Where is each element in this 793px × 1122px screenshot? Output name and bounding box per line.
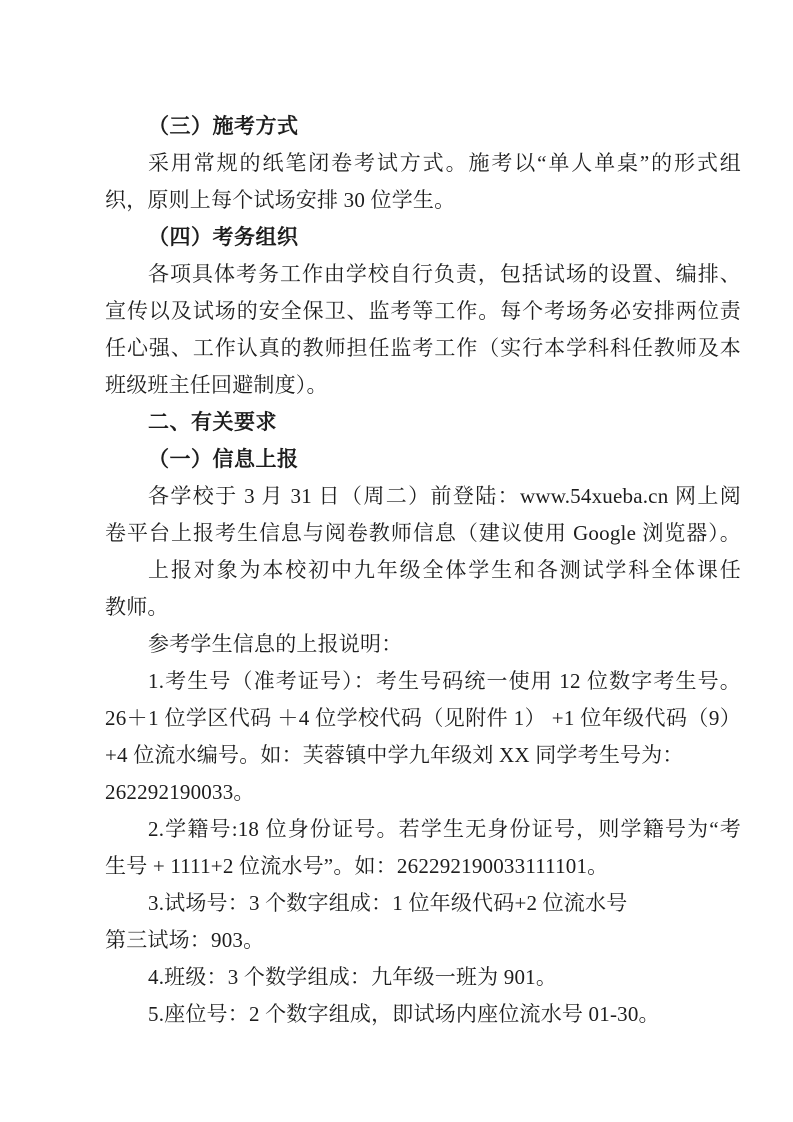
doc-line: 参考学生信息的上报说明：: [105, 626, 741, 663]
doc-line-item-2: 2.学籍号:18 位身份证号。若学生无身份证号，则学籍号为“考: [105, 811, 741, 848]
doc-line-item-4: 4.班级：3 个数学组成：九年级一班为 901。: [105, 959, 741, 996]
document-body: （三）施考方式 采用常规的纸笔闭卷考试方式。施考以“单人单桌”的形式组 织，原则…: [105, 108, 741, 1033]
doc-line-item-1: 1.考生号（准考证号）：考生号码统一使用 12 位数字考生号。: [105, 663, 741, 700]
heading-exam-organization: （四）考务组织: [105, 219, 741, 256]
doc-line: 卷平台上报考生信息与阅卷教师信息（建议使用 Google 浏览器）。: [105, 515, 741, 552]
doc-line: 第三试场：903。: [105, 922, 741, 959]
doc-line: 生号 + 1111+2 位流水号”。如：262292190033111101。: [105, 848, 741, 885]
doc-line-item-3: 3.试场号：3 个数字组成：1 位年级代码+2 位流水号: [105, 885, 741, 922]
doc-line: 各学校于 3 月 31 日（周二）前登陆：www.54xueba.cn 网上阅: [105, 478, 741, 515]
doc-line: 任心强、工作认真的教师担任监考工作（实行本学科科任教师及本: [105, 330, 741, 367]
doc-line: 教师。: [105, 589, 741, 626]
doc-line: 262292190033。: [105, 774, 741, 811]
heading-requirements: 二、有关要求: [105, 404, 741, 441]
doc-line-item-5: 5.座位号：2 个数字组成，即试场内座位流水号 01-30。: [105, 996, 741, 1033]
doc-line: 上报对象为本校初中九年级全体学生和各测试学科全体课任: [105, 552, 741, 589]
doc-line: 采用常规的纸笔闭卷考试方式。施考以“单人单桌”的形式组: [105, 145, 741, 182]
doc-line: 班级班主任回避制度）。: [105, 367, 741, 404]
doc-line: 26＋1 位学区代码 ＋4 位学校代码（见附件 1） +1 位年级代码（9）: [105, 700, 741, 737]
doc-line: 各项具体考务工作由学校自行负责，包括试场的设置、编排、: [105, 256, 741, 293]
doc-line: 织，原则上每个试场安排 30 位学生。: [105, 182, 741, 219]
heading-exam-method: （三）施考方式: [105, 108, 741, 145]
document-page: （三）施考方式 采用常规的纸笔闭卷考试方式。施考以“单人单桌”的形式组 织，原则…: [0, 0, 793, 1122]
heading-info-reporting: （一）信息上报: [105, 441, 741, 478]
doc-line: 宣传以及试场的安全保卫、监考等工作。每个考场务必安排两位责: [105, 293, 741, 330]
doc-line: +4 位流水编号。如：芙蓉镇中学九年级刘 XX 同学考生号为：: [105, 737, 741, 774]
